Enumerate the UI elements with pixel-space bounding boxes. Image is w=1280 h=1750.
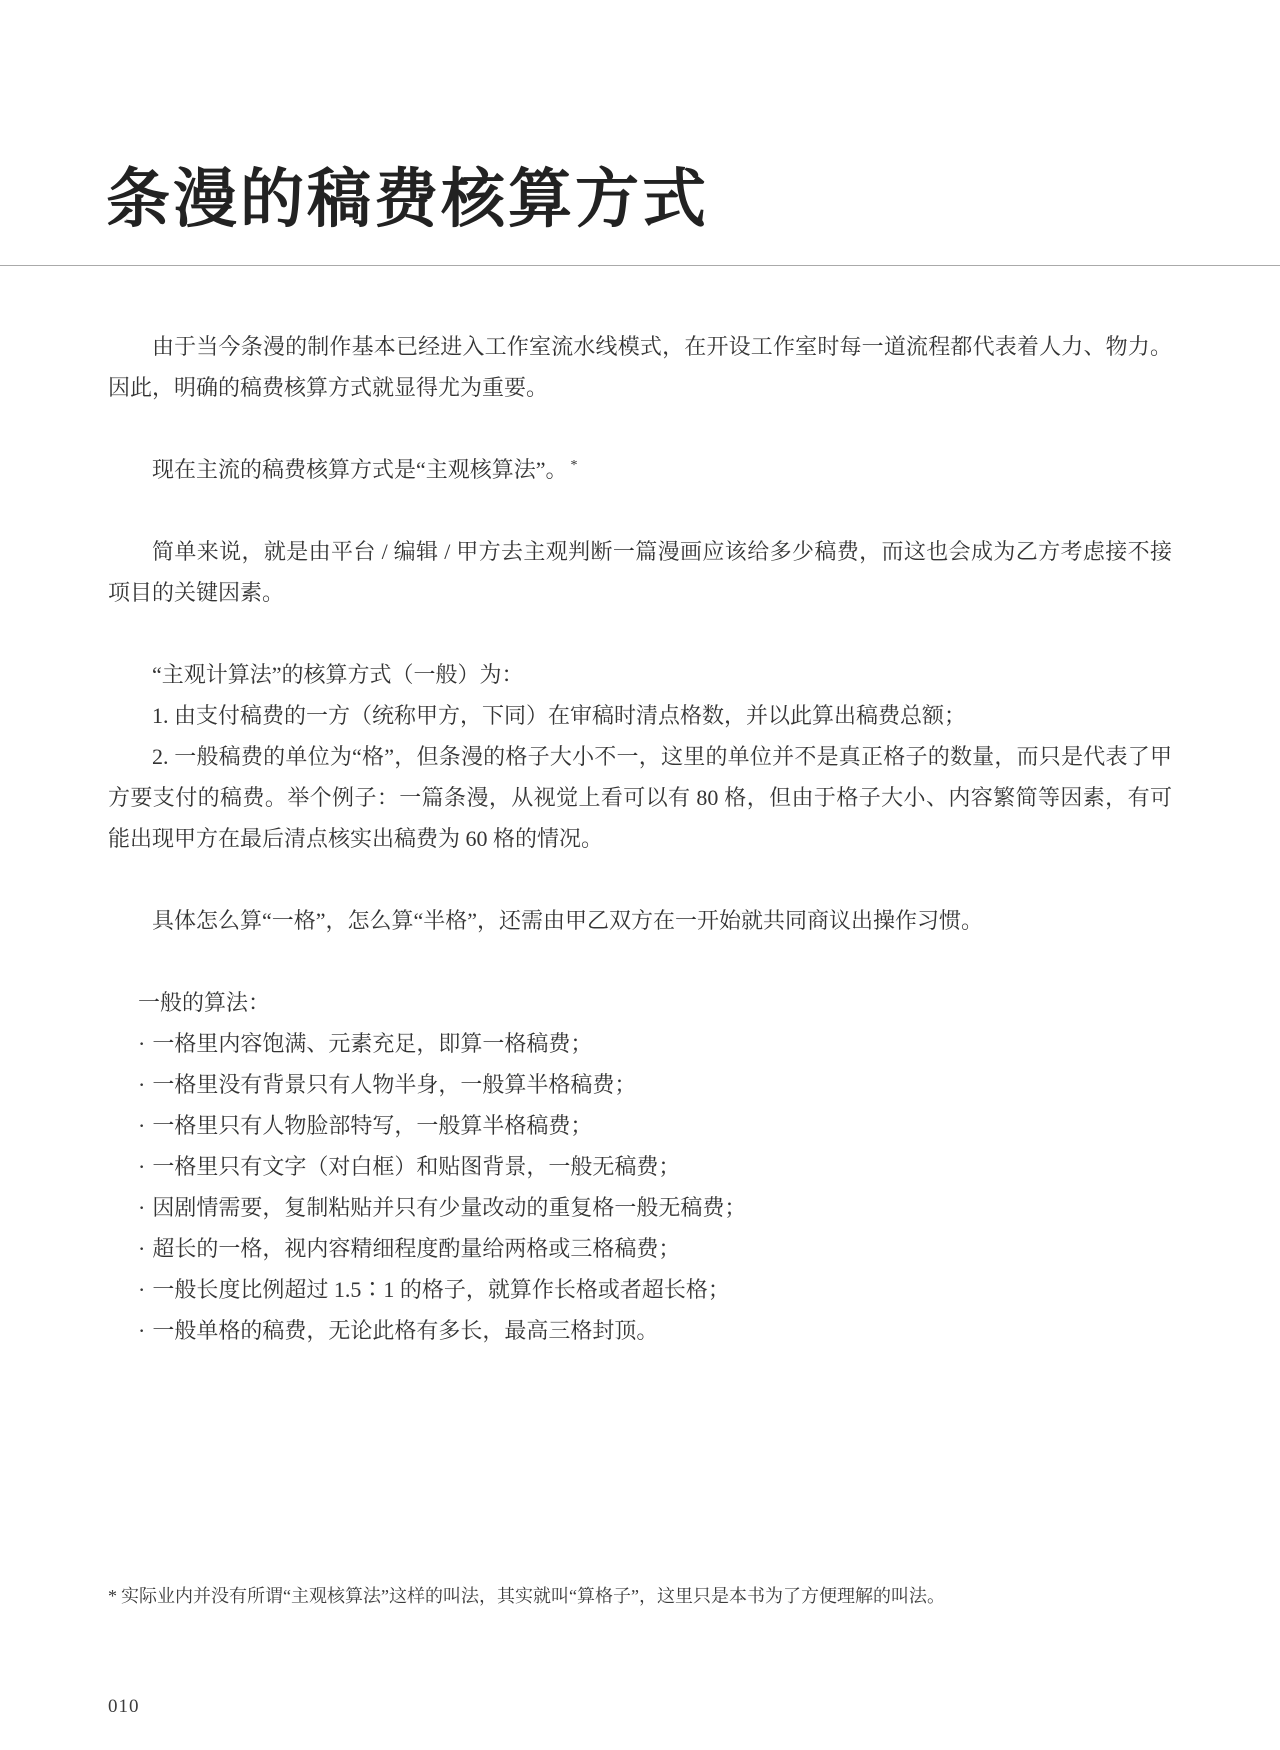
rule-item: ·一格里内容饱满、元素充足，即算一格稿费； — [108, 1023, 1172, 1064]
method-item-2: 2. 一般稿费的单位为“格”，但条漫的格子大小不一，这里的单位并不是真正格子的数… — [108, 736, 1172, 859]
page-number: 010 — [108, 1696, 140, 1718]
bullet-marker: · — [138, 1146, 145, 1187]
method-item-1: 1. 由支付稿费的一方（统称甲方，下同）在审稿时清点格数，并以此算出稿费总额； — [108, 695, 1172, 736]
paragraph-main-method-text: 现在主流的稿费核算方式是“主观核算法”。 — [152, 457, 568, 482]
footnote-marker: * — [108, 1586, 117, 1606]
method-intro: “主观计算法”的核算方式（一般）为： — [108, 654, 1172, 695]
rules-header: 一般的算法： — [108, 982, 1172, 1023]
paragraph-intro: 由于当今条漫的制作基本已经进入工作室流水线模式，在开设工作室时每一道流程都代表着… — [108, 326, 1172, 408]
rule-text: 超长的一格，视内容精细程度酌量给两格或三格稿费； — [152, 1236, 680, 1261]
footnote-reference-marker: * — [571, 458, 578, 473]
bullet-marker: · — [138, 1228, 145, 1269]
bullet-marker: · — [138, 1105, 145, 1146]
page-content: 由于当今条漫的制作基本已经进入工作室流水线模式，在开设工作室时每一道流程都代表着… — [108, 326, 1172, 1351]
rule-item: ·因剧情需要，复制粘贴并只有少量改动的重复格一般无稿费； — [108, 1187, 1172, 1228]
rule-item: ·一格里只有文字（对白框）和贴图背景，一般无稿费； — [108, 1146, 1172, 1187]
rule-item: ·一般长度比例超过 1.5∶1 的格子，就算作长格或者超长格； — [108, 1269, 1172, 1310]
rule-text: 一般长度比例超过 1.5∶1 的格子，就算作长格或者超长格； — [152, 1277, 730, 1302]
rule-item: ·一格里没有背景只有人物半身，一般算半格稿费； — [108, 1064, 1172, 1105]
title-divider — [0, 265, 1280, 266]
paragraph-main-method: 现在主流的稿费核算方式是“主观核算法”。* — [108, 449, 1172, 490]
rule-item: ·超长的一格，视内容精细程度酌量给两格或三格稿费； — [108, 1228, 1172, 1269]
page-title: 条漫的稿费核算方式 — [106, 148, 709, 240]
rule-text: 一般单格的稿费，无论此格有多长，最高三格封顶。 — [152, 1318, 658, 1343]
bullet-marker: · — [138, 1187, 145, 1228]
rules-block: 一般的算法： ·一格里内容饱满、元素充足，即算一格稿费； ·一格里没有背景只有人… — [108, 982, 1172, 1351]
bullet-marker: · — [138, 1269, 145, 1310]
rule-text: 一格里只有人物脸部特写，一般算半格稿费； — [152, 1113, 592, 1138]
paragraph-negotiation: 具体怎么算“一格”，怎么算“半格”，还需由甲乙双方在一开始就共同商议出操作习惯。 — [108, 900, 1172, 941]
rule-text: 因剧情需要，复制粘贴并只有少量改动的重复格一般无稿费； — [152, 1195, 746, 1220]
rule-item: ·一格里只有人物脸部特写，一般算半格稿费； — [108, 1105, 1172, 1146]
rule-text: 一格里内容饱满、元素充足，即算一格稿费； — [152, 1031, 592, 1056]
rule-text: 一格里只有文字（对白框）和贴图背景，一般无稿费； — [152, 1154, 680, 1179]
footnote-text: 实际业内并没有所谓“主观核算法”这样的叫法，其实就叫“算格子”，这里只是本书为了… — [121, 1586, 945, 1606]
paragraph-explanation: 简单来说，就是由平台 / 编辑 / 甲方去主观判断一篇漫画应该给多少稿费，而这也… — [108, 531, 1172, 613]
bullet-marker: · — [138, 1064, 145, 1105]
book-page: 条漫的稿费核算方式 由于当今条漫的制作基本已经进入工作室流水线模式，在开设工作室… — [0, 0, 1280, 1750]
rule-text: 一格里没有背景只有人物半身，一般算半格稿费； — [152, 1072, 636, 1097]
bullet-marker: · — [138, 1023, 145, 1064]
footnote: *实际业内并没有所谓“主观核算法”这样的叫法，其实就叫“算格子”，这里只是本书为… — [108, 1582, 1168, 1610]
rule-item: ·一般单格的稿费，无论此格有多长，最高三格封顶。 — [108, 1310, 1172, 1351]
method-block: “主观计算法”的核算方式（一般）为： 1. 由支付稿费的一方（统称甲方，下同）在… — [108, 654, 1172, 859]
bullet-marker: · — [138, 1310, 145, 1351]
